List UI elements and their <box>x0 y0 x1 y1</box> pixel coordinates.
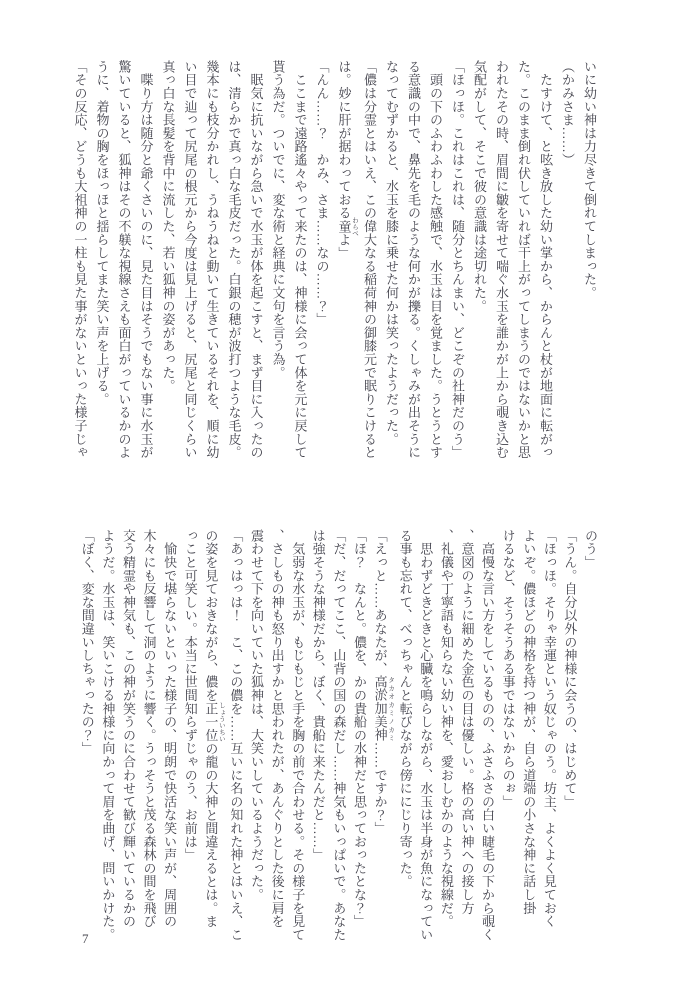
text-column: 「だ、だってここ、山背の国の森だし……神気もいっぱいで。あなた <box>328 529 349 937</box>
text-column: 震わせて下を向いていた狐神は、大笑いしているようだった。 <box>245 529 266 937</box>
text-column: 木々にも反響して洞のように響く。うっそうと茂る森林の間を飛び <box>138 529 159 937</box>
text-column: ようだ。水玉は、笑いこける神様に向かって眉を曲げ、問いかけた。 <box>97 529 118 937</box>
text-column: 「儂は分霊とはいえ、この偉大なる稲荷神の御膝元で眠りこけると <box>358 60 380 464</box>
text-column: のう」 <box>579 529 600 937</box>
text-column: 高慢な言い方をしているものの、ふさふさの白い睫毛の下から覗く <box>476 529 497 937</box>
text-column: は、清らかで真っ白な毛皮だった。白銀の穂が波打つような毛皮。 <box>223 60 245 464</box>
text-column: 「ほっほ。これはこれは、随分とちんまい、どこぞの社神だのう」 <box>446 60 468 464</box>
text-column: 、礼儀や丁寧語も知らない幼い神を、愛おしむかのような視線だ。 <box>435 529 456 937</box>
text-column: 「うん。自分以外の神様に会うの、はじめて」 <box>559 529 580 937</box>
text-column: 「ぼく、変な間違いしちゃったの？」 <box>76 529 97 937</box>
text-column: 驚いていると、狐神はその不躾な視線さえも面白がっているかのよ <box>113 60 135 464</box>
text-column: 真っ白な長髪を背中に流した、若い狐神の姿があった。 <box>157 60 179 464</box>
text-column: 「その反応、どうも大祖神の一柱も見た事がないといった様子じゃ <box>69 60 91 464</box>
text-column: 、意図のように細めた金色の目は優しい。格の高い神への接し方 <box>456 529 477 937</box>
text-column: けるなど、そうそうある事ではないからのぉ」 <box>497 529 518 937</box>
text-column: われたその時、眉間に皺を寄せて喘ぐ水玉を誰かが上から覗き込む <box>490 60 512 464</box>
text-column: 「ほ？ なんと。儂を、かの貴船の水神だと思っておったとな？」 <box>348 529 369 937</box>
text-column: 思わずどきどきと心臓を鳴らしながら、水玉は半身が魚になってい <box>415 529 436 937</box>
text-column: る意識の中で、鼻先を毛のような何かが擽る。くしゃみが出そうに <box>402 60 424 464</box>
text-column: 幾本にも枝分かれし、うねうねと動いて生きているそれを、順に幼 <box>201 60 223 464</box>
text-column: 眠気に抗いながら急いで水玉が体を起こすと、まず目に入ったの <box>245 60 267 464</box>
text-column: 「えっと……あなたが、高淤加美神タカオカミノカミ……ですか？」 <box>369 529 394 937</box>
text-column: は強そうな神様だから、ぼく、貴船に来たんだと……」 <box>307 529 328 937</box>
text-column: 「んん……？ かみ、さま……なの……？」 <box>311 60 333 464</box>
page-number: 7 <box>82 931 89 947</box>
text-column: 愉快で堪らないといった様子の、明朗で快活な笑い声が、周囲の <box>159 529 180 937</box>
text-column: 、さしもの神も怒り出すかと思われたが、あんぐりとした後に肩を <box>266 529 287 937</box>
text-column: 気弱な水玉が、もじもじと手を胸の前で合わせる。その様子を見て <box>287 529 308 937</box>
text-column: い目で辿って尻尾の根元から今度は見上げると、尻尾と同じくらい <box>179 60 201 464</box>
text-column: ここまで遠路遙々やって来たのは、神様に会って体を元に戻して <box>289 60 311 464</box>
text-block-top: いに幼い神は力尽きて倒れてしまった。（かみさま……） たすけて、と呟き放した幼い… <box>69 60 601 464</box>
text-column: る事も忘れて、べっちゃんと転びながら傍ににじり寄った。 <box>394 529 415 937</box>
text-column: 頭の下のふわふわした感触で、水玉は目を覚ました。うとうとす <box>424 60 446 464</box>
text-column: っこと可笑しい。本当に世間知らずじゃのう、お前は」 <box>179 529 200 937</box>
text-column: 喋り方は随分と爺くさいのに、見た目はそうでもない事に水玉が <box>135 60 157 464</box>
text-column: 気配がして、そこで彼の意識は途切れた。 <box>468 60 490 464</box>
text-column: 「ほっほ。そりゃ幸運という奴じゃのう。坊主、よくよく見ておく <box>538 529 559 937</box>
text-block-bottom: のう」「うん。自分以外の神様に会うの、はじめて」「ほっほ。そりゃ幸運という奴じゃ… <box>76 529 600 937</box>
text-column: よいぞ。儂ほどの神格を持つ神が、自ら道端の小さな神に話し掛 <box>518 529 539 937</box>
text-column: は。妙に肝が据わっておる童わらべよ」 <box>333 60 359 464</box>
text-column: いに幼い神は力尽きて倒れてしまった。 <box>578 60 600 464</box>
text-column: 「あっはっは！ こ、この儂を……互いに名の知れた神とはいえ、こ <box>225 529 246 937</box>
text-column: たすけて、と呟き放した幼い掌から、からんと杖が地面に転がっ <box>534 60 556 464</box>
text-column: の姿を見ておきながら、儂を正一位しょういちいの龍の大神と間違えるとは。ま <box>200 529 225 937</box>
text-column: 交う精霊や神気も、この神が笑うのに合わせて歓び輝いているかの <box>117 529 138 937</box>
text-column: （かみさま……） <box>556 60 578 464</box>
text-column: た。このまま倒れ伏していれば干上がってしまうのではないかと思 <box>512 60 534 464</box>
novel-page: いに幼い神は力尽きて倒れてしまった。（かみさま……） たすけて、と呟き放した幼い… <box>0 0 699 992</box>
text-column: うに、着物の胸をほっほと揺らしてまた笑い声を上げる。 <box>91 60 113 464</box>
text-column: なってむずかると、水玉を膝に乗せた何かは笑ったようだった。 <box>380 60 402 464</box>
text-column: 貰う為だ。ついでに、変な術と経典に文句を言う為。 <box>267 60 289 464</box>
